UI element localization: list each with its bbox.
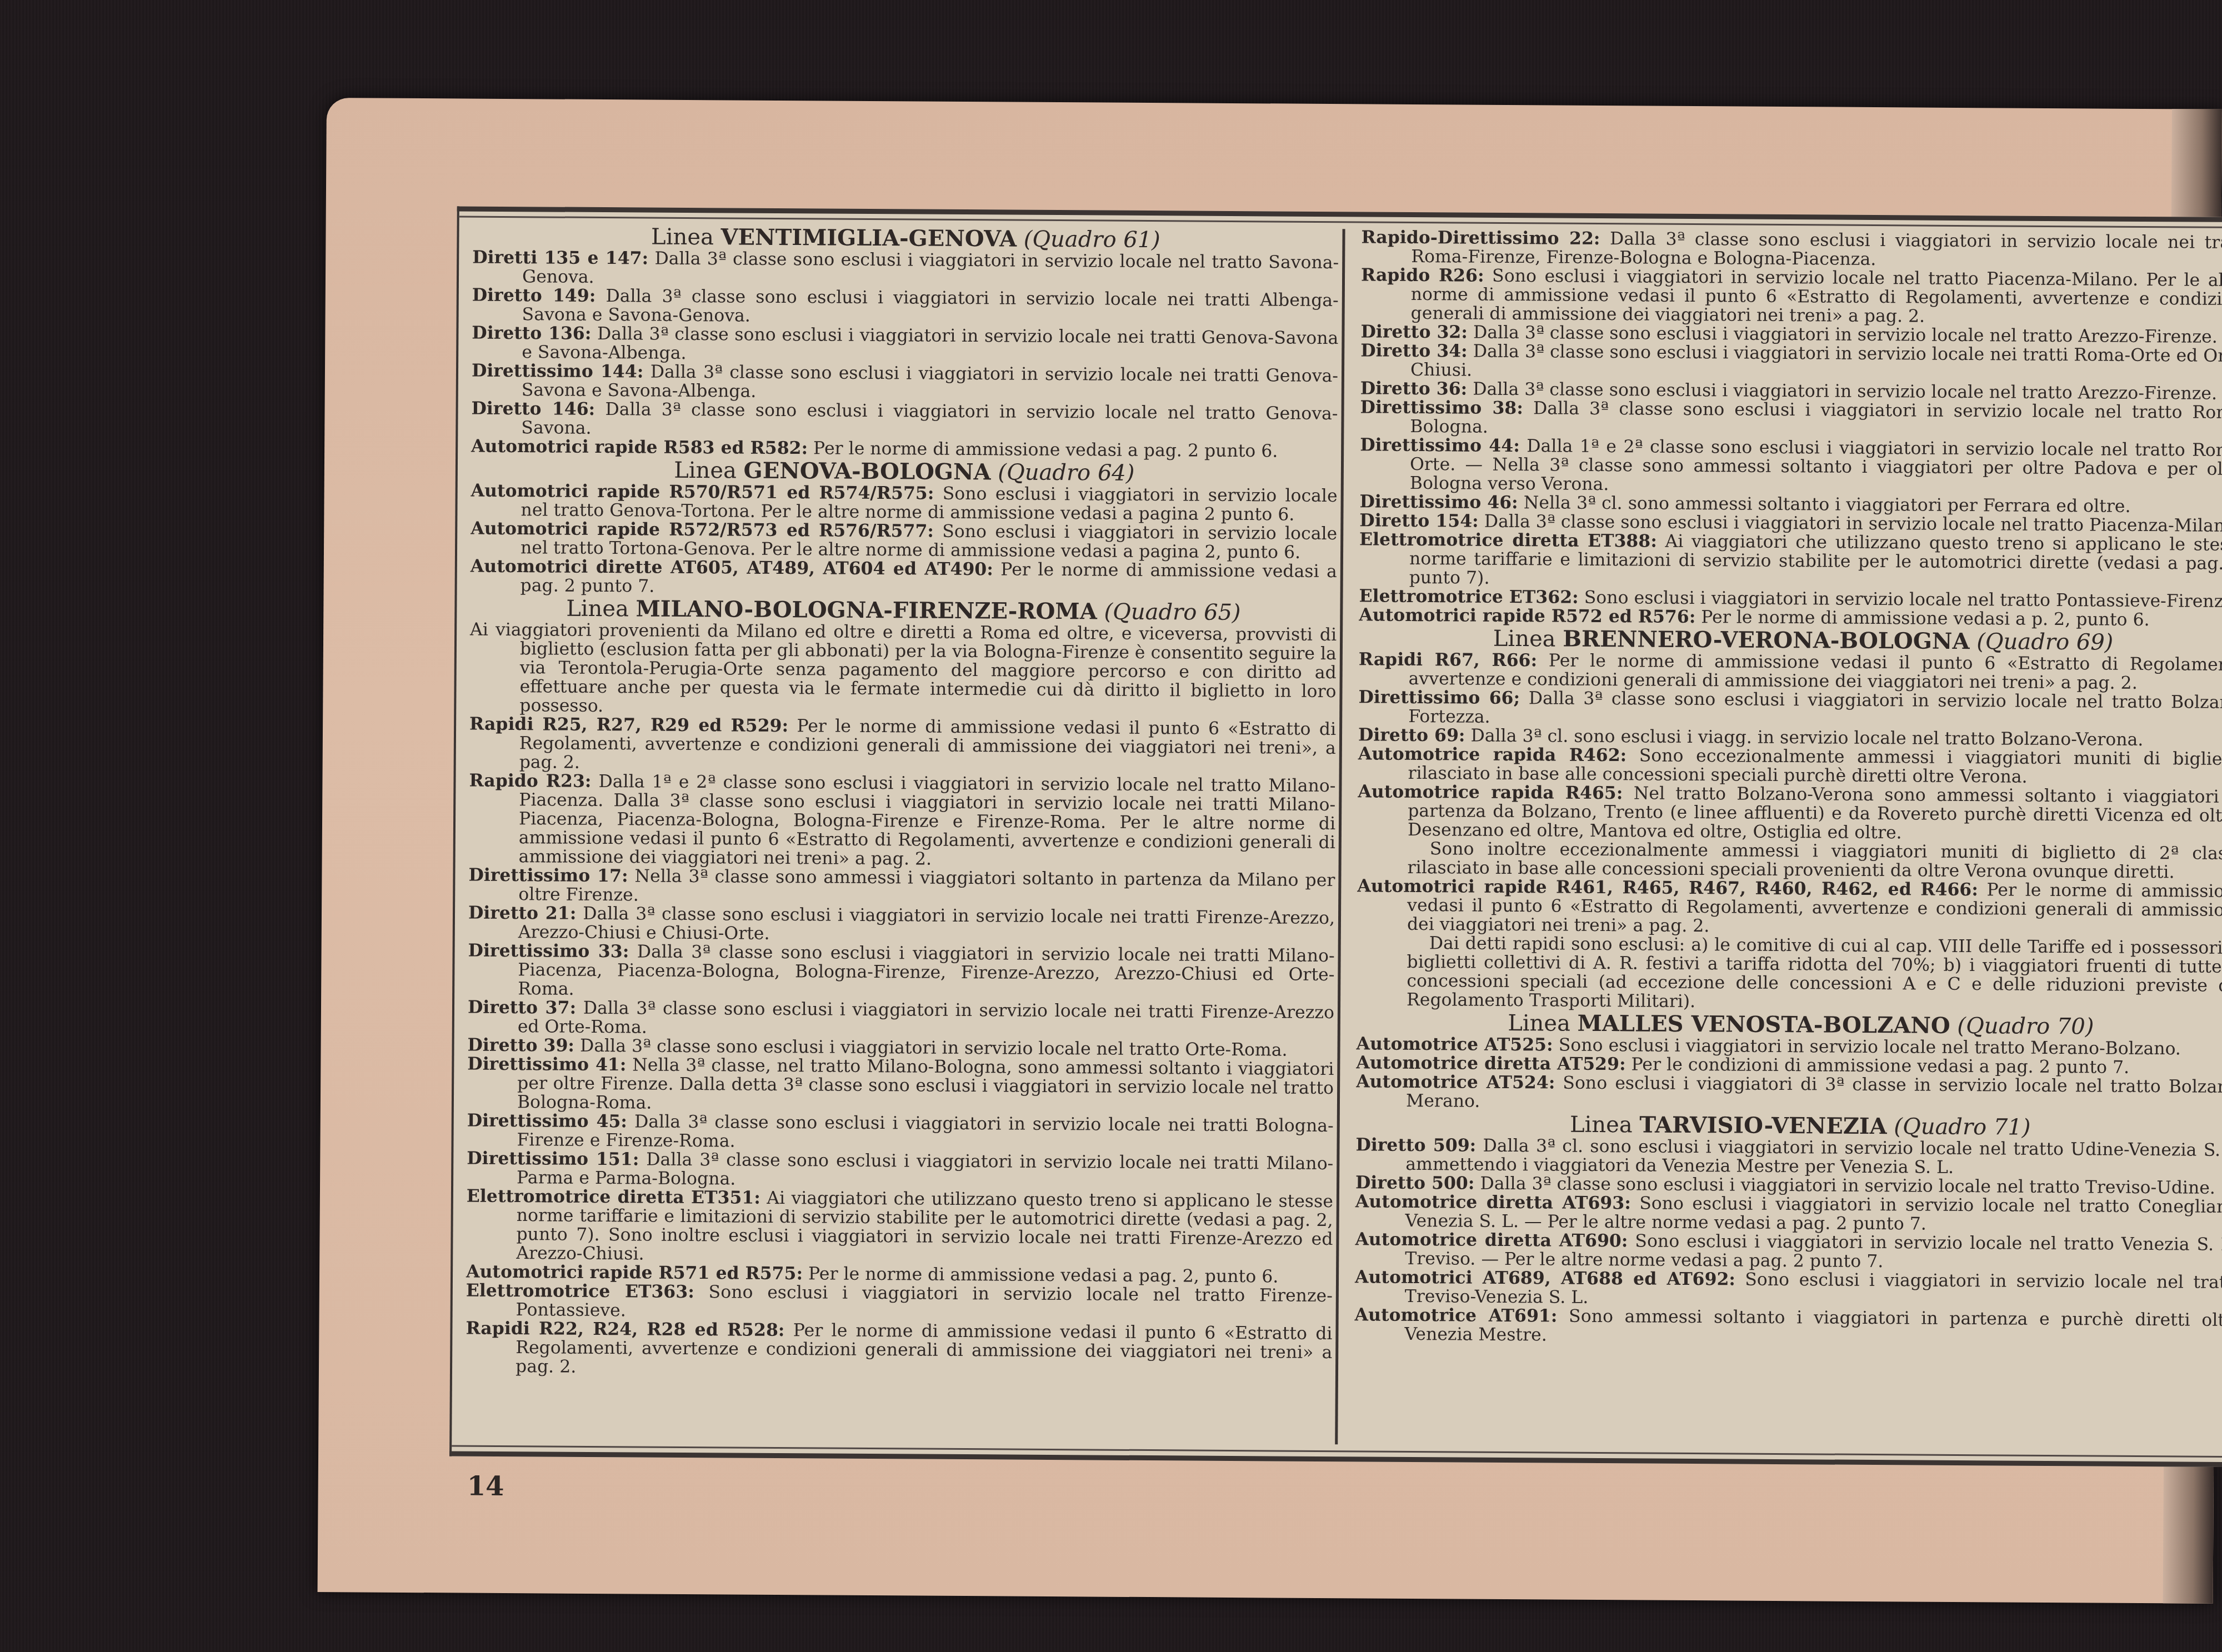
right-column: Rapido-Direttissimo 22: Dalla 3ª classe …: [1346, 228, 2222, 1451]
train-label: Rapido R26:: [1361, 264, 1484, 286]
train-label: Diretto 39:: [467, 1035, 574, 1056]
train-entry: Rapido R26: Sono esclusi i viaggiatori i…: [1361, 266, 2222, 328]
train-label: Diretto 146:: [471, 398, 595, 419]
train-label: Elettromotrice diretta ET351:: [467, 1186, 760, 1208]
train-entry: Direttissimo 17: Nella 3ª classe sono am…: [468, 866, 1335, 909]
train-entry: Direttissimo 41: Nella 3ª classe, nel tr…: [467, 1055, 1334, 1117]
text-frame: Linea VENTIMIGLIA-GENOVA (Quadro 61)Dire…: [449, 206, 2222, 1467]
train-label: Rapidi R25, R27, R29 ed R529:: [469, 714, 788, 737]
train-label: Diretto 34:: [1360, 340, 1468, 361]
entry-text: Dalla 3ª cl. sono esclusi i viaggiatori …: [1405, 1136, 2222, 1178]
entry-text: Nella 3ª classe sono ammessi i viaggiato…: [518, 866, 1335, 905]
train-entry: Automotrice diretta AT693: Sono esclusi …: [1355, 1192, 2222, 1235]
entry-text: Dalla 3ª classe sono esclusi i viaggiato…: [1408, 688, 2222, 727]
quadro-ref: (Quadro 61): [1024, 227, 1160, 253]
train-entry: Direttissimo 45: Dalla 3ª classe sono es…: [467, 1112, 1333, 1155]
train-entry: Diretto 34: Dalla 3ª classe sono esclusi…: [1360, 341, 2222, 384]
entry-text: Dalla 3ª classe sono esclusi i viaggiato…: [518, 998, 1334, 1038]
train-label: Diretto 136:: [472, 323, 591, 344]
entry-text: Dalla 3ª classe sono esclusi i viaggiato…: [522, 324, 1338, 363]
quadro-ref: (Quadro 65): [1104, 599, 1240, 626]
train-entry: Rapidi R22, R24, R28 ed R528: Per le nor…: [466, 1319, 1333, 1381]
train-entry: Diretto 146: Dalla 3ª classe sono esclus…: [471, 399, 1338, 443]
train-label: Automotrice AT525:: [1357, 1033, 1553, 1055]
line-name: MILANO-BOLOGNA-FIRENZE-ROMA: [635, 595, 1097, 624]
train-entry: Direttissimo 38: Dalla 3ª classe sono es…: [1360, 398, 2222, 441]
line-name: VENTIMIGLIA-GENOVA: [720, 224, 1017, 252]
train-label: Automotrice AT524:: [1356, 1071, 1555, 1093]
entry-text: Dalla 3ª classe sono esclusi i viaggiato…: [1410, 342, 2222, 381]
entry-text: Sono esclusi i viaggiatori in servizio l…: [1411, 266, 2222, 327]
train-label: Diretti 135 e 147:: [472, 247, 648, 269]
train-label: Diretto 21:: [468, 903, 577, 924]
train-entry: Diretto 37: Dalla 3ª classe sono esclusi…: [468, 998, 1334, 1042]
train-entry: Automotrici dirette AT605, AT489, AT604 …: [471, 557, 1337, 600]
page-number: 14: [467, 1471, 504, 1502]
train-entry: Diretto 136: Dalla 3ª classe sono esclus…: [472, 324, 1338, 367]
entry-text: Dalla 3ª classe sono esclusi i viaggiato…: [517, 1112, 1333, 1151]
train-entry: Automotrici rapide R461, R465, R467, R46…: [1357, 877, 2222, 939]
train-entry: Ai viaggiatori provenienti da Milano ed …: [469, 620, 1337, 720]
train-label: Direttissimo 45:: [467, 1110, 628, 1132]
train-label: Rapido R23:: [469, 770, 591, 792]
train-entry: Direttissimo 33: Dalla 3ª classe sono es…: [468, 942, 1335, 1004]
train-label: Diretto 69:: [1358, 724, 1465, 745]
train-label: Diretto 509:: [1355, 1134, 1476, 1155]
train-label: Diretto 149:: [472, 285, 596, 306]
train-label: Automotrici rapide R572 ed R576:: [1359, 604, 1695, 627]
heading-prefix: Linea: [1508, 1010, 1570, 1037]
heading-prefix: Linea: [674, 458, 737, 484]
entry-text: Dalla 3ª classe sono esclusi i viaggiato…: [522, 362, 1338, 402]
train-entry: Automotrice diretta AT690: Sono esclusi …: [1355, 1230, 2222, 1273]
train-entry: Direttissimo 151: Dalla 3ª classe sono e…: [467, 1149, 1333, 1193]
train-label: Elettromotrice diretta ET388:: [1359, 529, 1657, 551]
train-entry: Rapido-Direttissimo 22: Dalla 3ª classe …: [1361, 228, 2222, 271]
train-entry: Diretto 21: Dalla 3ª classe sono esclusi…: [468, 904, 1335, 947]
entry-text: Dalla 3ª classe sono esclusi i viaggiato…: [518, 904, 1335, 944]
entry-text: Dalla 3ª classe sono esclusi i viaggiato…: [518, 942, 1335, 999]
train-label: Automotrici rapide R583 ed R582:: [471, 436, 808, 459]
entry-text: Dalla 3ª classe sono esclusi i viaggiato…: [1410, 398, 2222, 437]
entry-text: Dalla 1ª e 2ª classe sono esclusi i viag…: [1410, 436, 2222, 494]
train-label: Automotrice diretta AT690:: [1355, 1229, 1628, 1251]
entry-text: Dalla 3ª classe sono esclusi i viaggiato…: [522, 286, 1339, 326]
entry-text: Nella 3ª classe, nel tratto Milano-Bolog…: [517, 1055, 1334, 1113]
note-paragraph: Sono inoltre eccezionalmente ammessi i v…: [1357, 839, 2222, 882]
train-entry: Elettromotrice ET363: Sono esclusi i via…: [466, 1281, 1333, 1325]
train-entry: Automotrice AT524: Sono esclusi i viaggi…: [1356, 1072, 2222, 1115]
train-entry: Direttissimo 66; Dalla 3ª classe sono es…: [1358, 688, 2222, 731]
line-name: GENOVA-BOLOGNA: [744, 458, 991, 485]
train-label: Direttissimo 38:: [1360, 397, 1524, 418]
train-entry: Automotrice rapida R462: Sono eccezional…: [1358, 744, 2222, 788]
train-entry: Direttissimo 144: Dalla 3ª classe sono e…: [472, 362, 1338, 405]
train-label: Diretto 36:: [1360, 378, 1468, 399]
line-name: BRENNERO-VERONA-BOLOGNA: [1563, 626, 1970, 654]
quadro-ref: (Quadro 64): [998, 459, 1134, 486]
heading-prefix: Linea: [566, 596, 629, 622]
quadro-ref: (Quadro 70): [1957, 1013, 2094, 1040]
train-label: Direttissimo 144:: [472, 361, 644, 382]
entry-text: Sono inoltre eccezionalmente ammessi i v…: [1407, 839, 2222, 882]
train-entry: Direttissimo 44: Dalla 1ª e 2ª classe so…: [1360, 435, 2222, 498]
entry-text: Dai detti rapidi sono esclusi: a) le com…: [1407, 933, 2222, 1012]
train-label: Automotrice rapida R465:: [1358, 781, 1623, 803]
entry-text: Dalla 1ª e 2ª classe sono esclusi i viag…: [519, 772, 1336, 869]
train-label: Diretto 154:: [1359, 510, 1479, 531]
train-label: Diretto 500:: [1355, 1172, 1475, 1193]
quadro-ref: (Quadro 71): [1894, 1114, 2030, 1140]
left-column: Linea VENTIMIGLIA-GENOVA (Quadro 61)Dire…: [457, 223, 1347, 1446]
train-label: Direttissimo 41:: [467, 1054, 626, 1075]
train-entry: Automotrici rapide R572/R573 ed R576/R57…: [471, 519, 1337, 563]
train-entry: Elettromotrice diretta ET388: Ai viaggia…: [1359, 530, 2222, 592]
heading-prefix: Linea: [651, 224, 714, 251]
entry-text: Ai viaggiatori provenienti da Milano ed …: [470, 620, 1337, 716]
timetable-page: Linea VENTIMIGLIA-GENOVA (Quadro 61)Dire…: [318, 98, 2222, 1604]
train-entry: Automotrici AT689, AT688 ed AT692: Sono …: [1355, 1268, 2222, 1311]
train-label: Automotrice AT691:: [1355, 1304, 1558, 1326]
train-label: Direttissimo 66;: [1358, 687, 1520, 708]
train-entry: Diretto 509: Dalla 3ª cl. sono esclusi i…: [1355, 1135, 2222, 1179]
train-entry: Rapidi R67, R66: Per le norme di ammissi…: [1359, 650, 2222, 693]
train-label: Direttissimo 33:: [468, 940, 629, 962]
train-label: Rapidi R22, R24, R28 ed R528:: [466, 1318, 784, 1341]
entry-text: Dalla 3ª classe sono esclusi i viaggiato…: [517, 1150, 1333, 1189]
train-label: Rapido-Direttissimo 22:: [1361, 227, 1600, 249]
train-entry: Diretti 135 e 147: Dalla 3ª classe sono …: [472, 248, 1339, 292]
heading-prefix: Linea: [1570, 1112, 1633, 1138]
train-label: Elettromotrice ET363:: [466, 1280, 694, 1303]
train-entry: Rapidi R25, R27, R29 ed R529: Per le nor…: [469, 715, 1337, 777]
train-entry: Automotrice AT691: Sono ammessi soltanto…: [1354, 1305, 2222, 1349]
train-entry: Automotrici rapide R570/R571 ed R574/R57…: [471, 482, 1337, 525]
entry-text: Dalla 3ª classe sono esclusi i viaggiato…: [521, 399, 1338, 438]
train-entry: Diretto 149: Dalla 3ª classe sono esclus…: [472, 286, 1339, 329]
note-paragraph: Dai detti rapidi sono esclusi: a) le com…: [1357, 933, 2222, 1014]
train-label: Direttissimo 151:: [467, 1148, 639, 1170]
line-name: MALLES VENOSTA-BOLZANO: [1577, 1010, 1950, 1039]
train-entry: Elettromotrice diretta ET351: Ai viaggia…: [466, 1187, 1333, 1268]
train-label: Rapidi R67, R66:: [1359, 649, 1538, 670]
train-label: Diretto 32:: [1360, 321, 1468, 342]
heading-prefix: Linea: [1493, 626, 1556, 652]
train-label: Automotrice rapida R462:: [1358, 743, 1627, 765]
line-name: TARVISIO-VENEZIA: [1639, 1112, 1887, 1139]
train-entry: Rapido R23: Dalla 1ª e 2ª classe sono es…: [469, 772, 1336, 872]
train-label: Direttissimo 44:: [1360, 434, 1520, 456]
train-label: Direttissimo 46:: [1359, 491, 1518, 513]
quadro-ref: (Quadro 69): [1976, 629, 2113, 655]
train-label: Automotrice diretta AT693:: [1355, 1191, 1631, 1213]
train-entry: Automotrice rapida R465: Nel tratto Bolz…: [1358, 782, 2222, 844]
train-label: Direttissimo 17:: [468, 865, 628, 887]
train-label: Diretto 37:: [468, 997, 576, 1018]
